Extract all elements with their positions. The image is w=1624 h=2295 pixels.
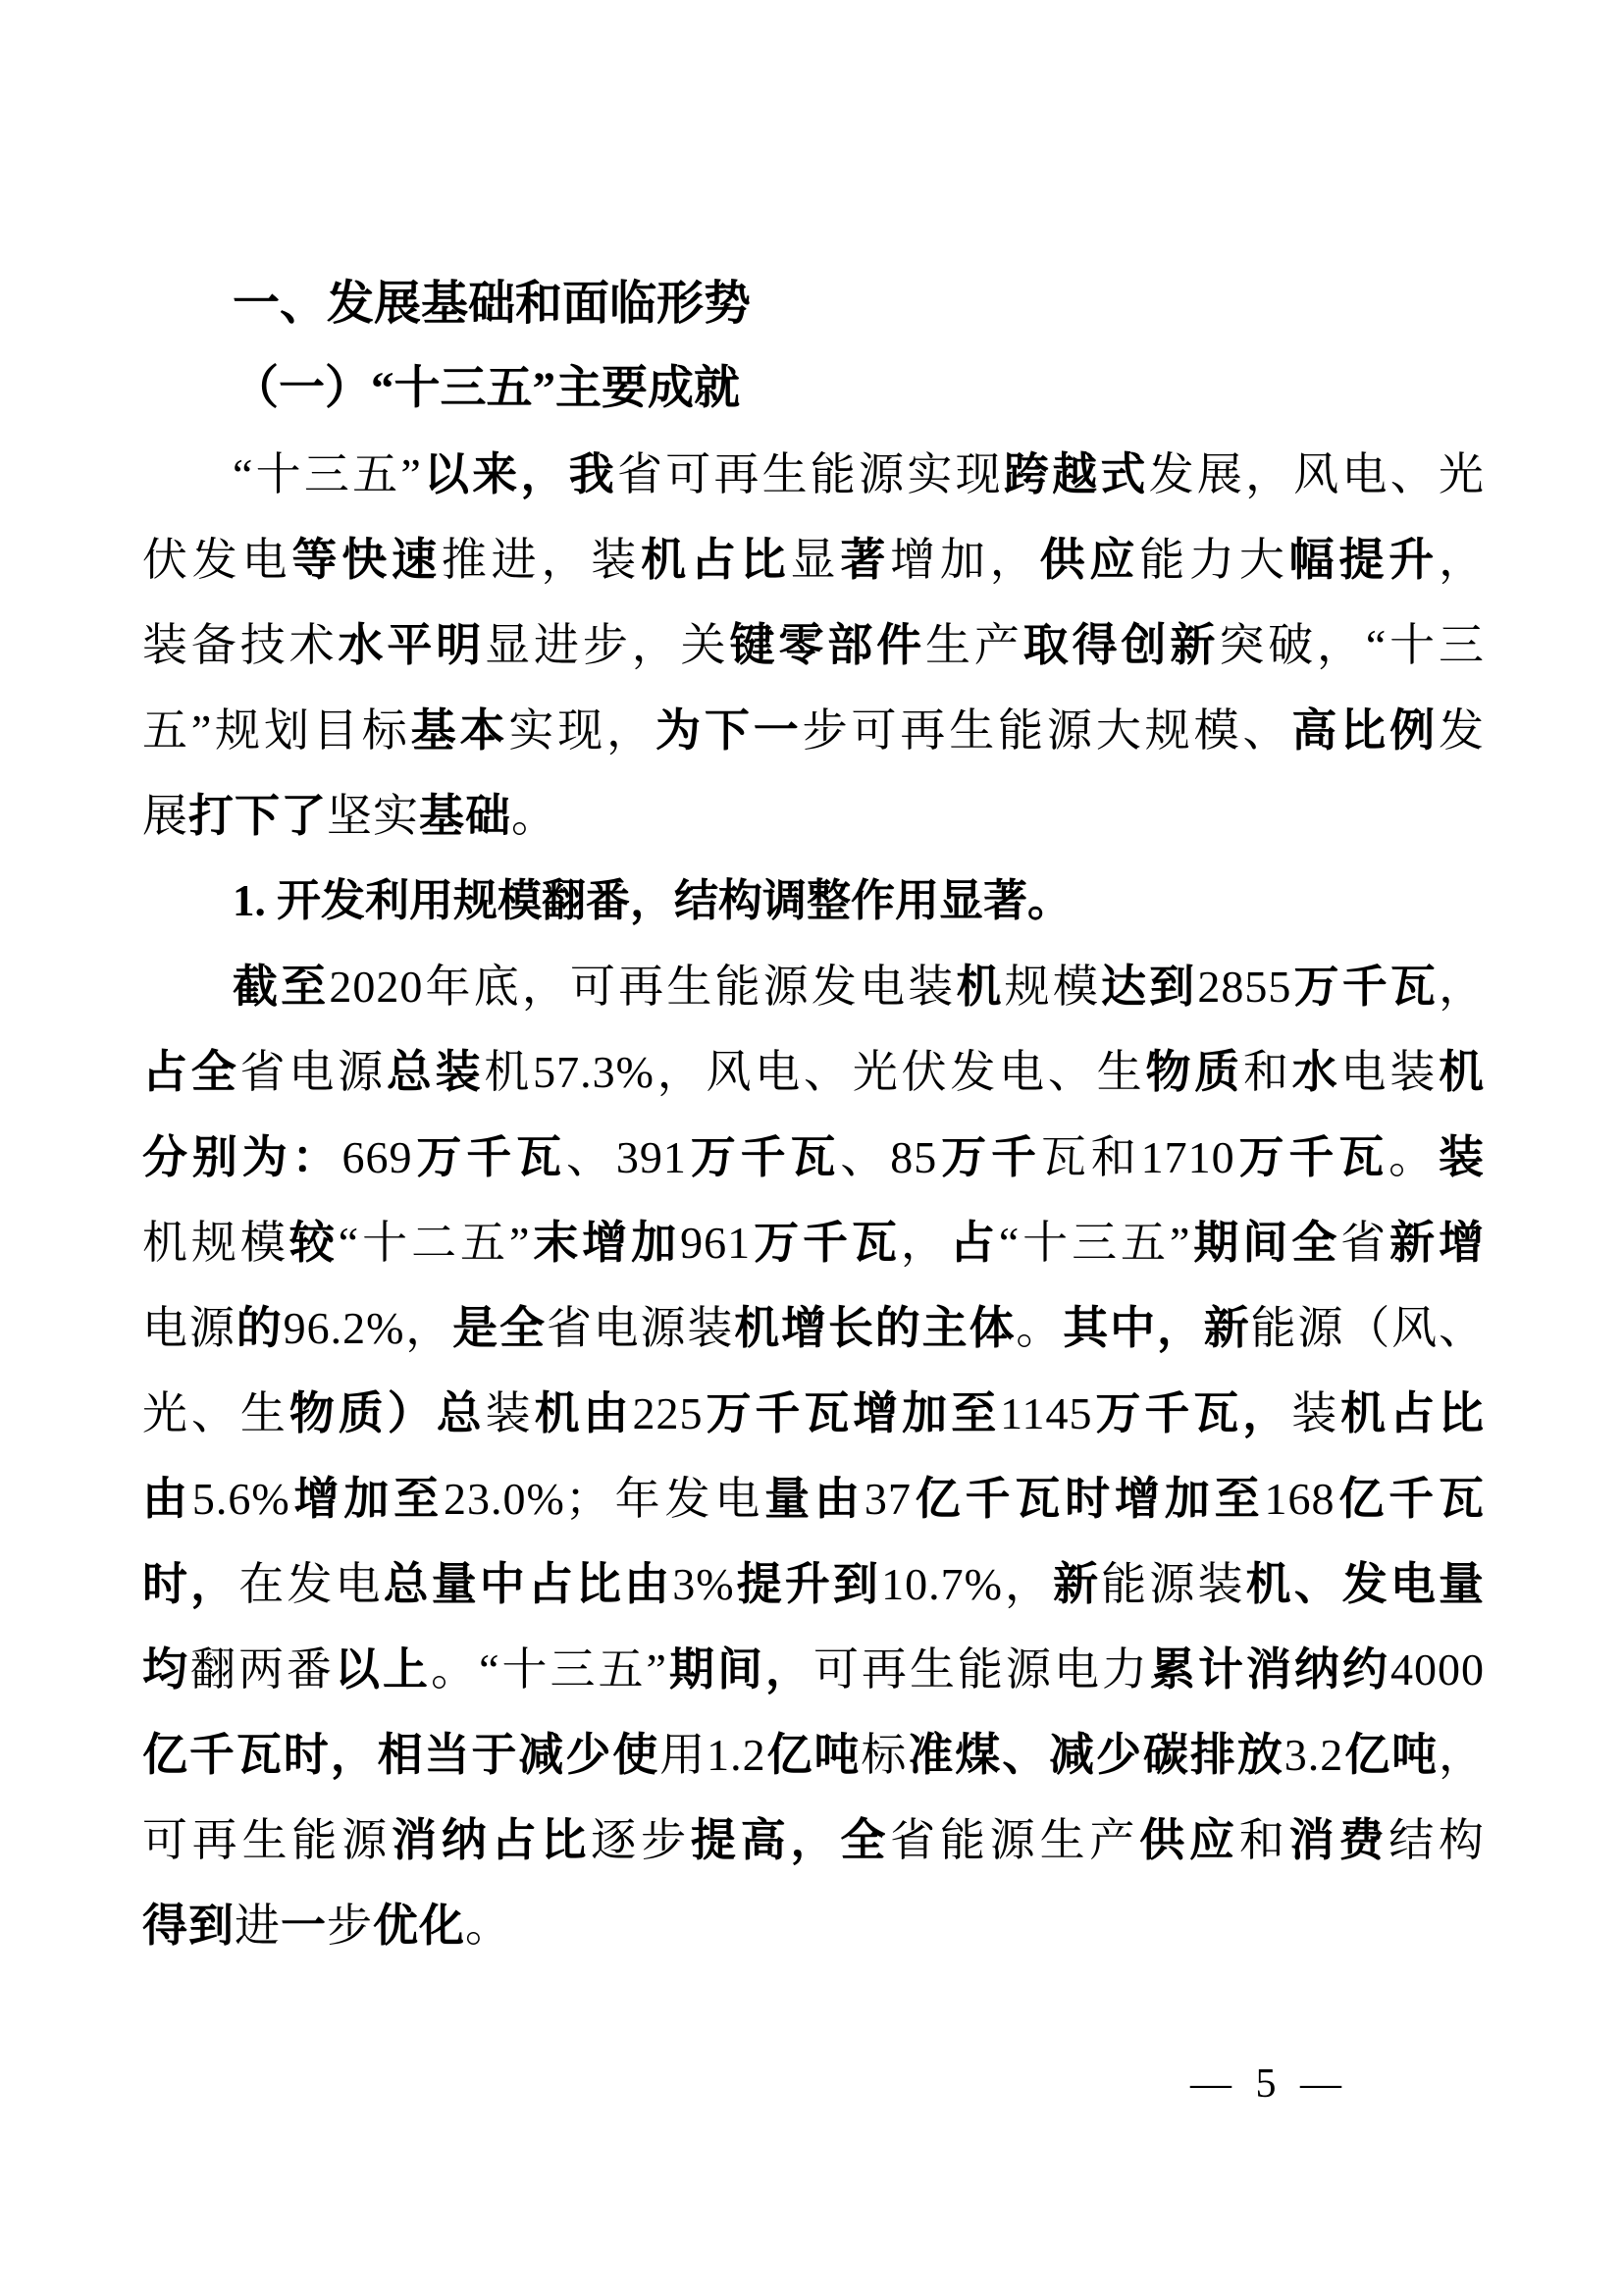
text-line: 截至2020年底，可再生能源发电装机规模达到2855万千瓦， — [142, 944, 1485, 1029]
section-heading: 一、发展基础和面临形势 — [142, 261, 1485, 346]
document-page: 一、发展基础和面临形势 （一）“十三五”主要成就 “十三五”以来，我省可再生能源… — [0, 0, 1624, 2295]
text-line: “十三五”以来，我省可再生能源实现跨越式发展，风电、光 — [142, 432, 1485, 517]
text-line: 得到进一步优化。 — [142, 1883, 1485, 1968]
text-line: 展打下了坚实基础。 — [142, 773, 1485, 859]
text-line: 可再生能源消纳占比逐步提高，全省能源生产供应和消费结构 — [142, 1798, 1485, 1883]
text-line: 时，在发电总量中占比由3%提升到10.7%，新能源装机、发电量 — [142, 1541, 1485, 1627]
document-body: 一、发展基础和面临形势 （一）“十三五”主要成就 “十三五”以来，我省可再生能源… — [142, 261, 1485, 1968]
paragraph-1: “十三五”以来，我省可再生能源实现跨越式发展，风电、光伏发电等快速推进，装机占比… — [142, 432, 1485, 859]
text-line: 由5.6%增加至23.0%；年发电量由37亿千瓦时增加至168亿千瓦 — [142, 1456, 1485, 1541]
text-line: 五”规划目标基本实现，为下一步可再生能源大规模、高比例发 — [142, 688, 1485, 773]
text-line: 均翻两番以上。“十三五”期间，可再生能源电力累计消纳约4000 — [142, 1627, 1485, 1712]
text-line: 装备技术水平明显进步，关键零部件生产取得创新突破，“十三 — [142, 602, 1485, 688]
page-number-footer: — 5 — — [1190, 2060, 1341, 2108]
text-line: 分别为：669万千瓦、391万千瓦、85万千瓦和1710万千瓦。装 — [142, 1115, 1485, 1200]
text-line: 电源的96.2%，是全省电源装机增长的主体。其中，新能源（风、 — [142, 1285, 1485, 1371]
text-line: 光、生物质）总装机由225万千瓦增加至1145万千瓦，装机占比 — [142, 1371, 1485, 1456]
text-line: 占全省电源总装机57.3%，风电、光伏发电、生物质和水电装机 — [142, 1029, 1485, 1115]
text-line: 机规模较“十二五”末增加961万千瓦，占“十三五”期间全省新增 — [142, 1200, 1485, 1285]
subsection-heading: （一）“十三五”主要成就 — [142, 346, 1485, 432]
text-line: 伏发电等快速推进，装机占比显著增加，供应能力大幅提升， — [142, 517, 1485, 602]
item-heading: 1. 开发利用规模翻番，结构调整作用显著。 — [142, 859, 1485, 944]
text-line: 亿千瓦时，相当于减少使用1.2亿吨标准煤、减少碳排放3.2亿吨， — [142, 1712, 1485, 1798]
paragraph-2: 截至2020年底，可再生能源发电装机规模达到2855万千瓦，占全省电源总装机57… — [142, 944, 1485, 1968]
